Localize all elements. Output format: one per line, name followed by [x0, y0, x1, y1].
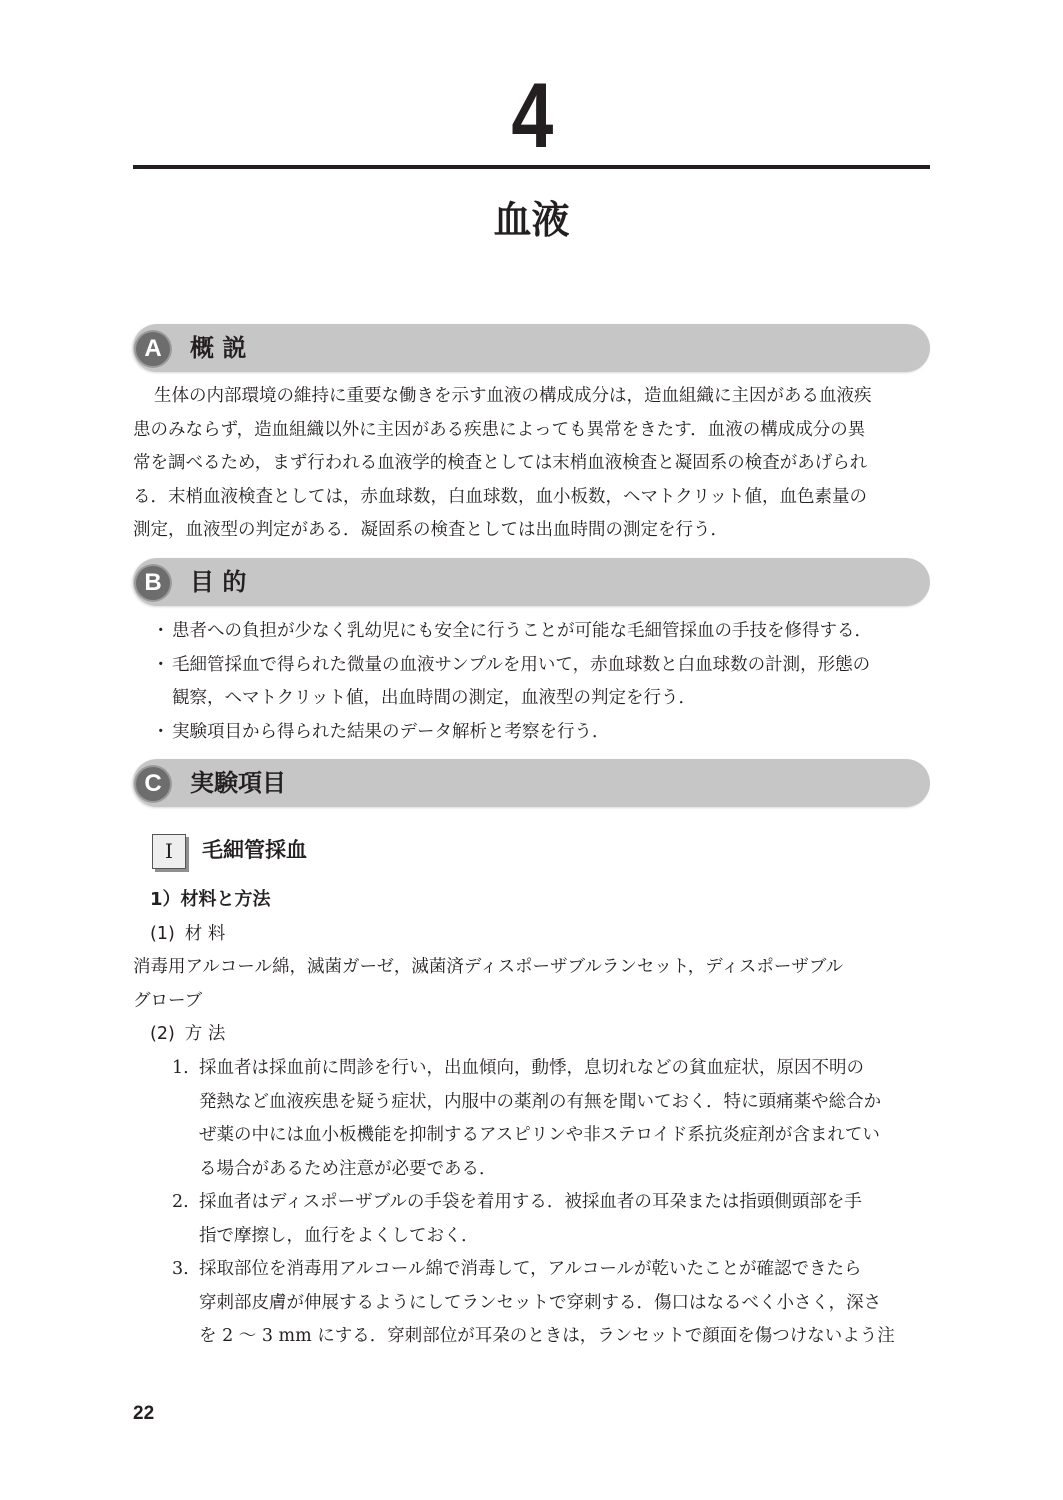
chapter-title: 血液: [0, 196, 1063, 244]
materials-label-text: 材 料: [185, 924, 226, 944]
materials-label-num: (1): [150, 924, 175, 944]
section-header-b: B 目 的: [133, 558, 930, 606]
section-title-c: 実験項目: [190, 765, 286, 801]
list-item-text: 毛細管採血で得られた微量の血液サンプルを用いて，赤血球数と白血球数の計測，形態の: [172, 649, 932, 683]
paragraph-line: 常を調べるため，まず行われる血液学的検査としては末梢血液検査と凝固系の検査があげ…: [133, 447, 930, 481]
overview-paragraph: 生体の内部環境の維持に重要な働きを示す血液の構成成分は，造血組織に主因がある血液…: [133, 380, 930, 548]
step-text: 採血者は採血前に問診を行い，出血傾向，動悸，息切れなどの貧血症状，原因不明の: [199, 1052, 932, 1086]
list-item-text: 観察，ヘマトクリット値，出血時間の測定，血液型の判定を行う．: [172, 682, 932, 716]
paragraph-line: グローブ: [133, 985, 930, 1019]
paragraph-line: る．末梢血液検査としては，赤血球数，白血球数，血小板数，ヘマトクリット値，血色素…: [133, 481, 930, 515]
step-number: 2.: [172, 1186, 189, 1220]
step-number: 3.: [172, 1253, 189, 1287]
list-item: ・ 毛細管採血で得られた微量の血液サンプルを用いて，赤血球数と白血球数の計測，形…: [152, 649, 932, 716]
materials-methods-heading: 1）材料と方法: [150, 885, 271, 915]
section-title-b: 目 的: [190, 564, 246, 600]
method-label: (2)方 法: [150, 1019, 225, 1049]
step-text: ぜ薬の中には血小板機能を抑制するアスピリンや非ステロイド系抗炎症剤が含まれてい: [199, 1119, 932, 1153]
section-badge-b: B: [136, 566, 170, 600]
step-text: 指で摩擦し，血行をよくしておく．: [199, 1220, 932, 1254]
step-text: る場合があるため注意が必要である．: [199, 1153, 932, 1187]
list-item: ・ 患者への負担が少なく乳幼児にも安全に行うことが可能な毛細管採血の手技を修得す…: [152, 615, 932, 649]
page-number: 22: [133, 1403, 154, 1425]
list-item-text: 患者への負担が少なく乳幼児にも安全に行うことが可能な毛細管採血の手技を修得する．: [172, 615, 932, 649]
step-text: 穿刺部皮膚が伸展するようにしてランセットで穿刺する．傷口はなるべく小さく，深さ: [199, 1287, 932, 1321]
bullet-icon: ・: [152, 649, 170, 683]
step-item: 1. 採血者は採血前に問診を行い，出血傾向，動悸，息切れなどの貧血症状，原因不明…: [172, 1052, 932, 1186]
bullet-icon: ・: [152, 716, 170, 750]
section-header-c: C 実験項目: [133, 759, 930, 807]
paragraph-line: 消毒用アルコール綿，滅菌ガーゼ，滅菌済ディスポーザブルランセット，ディスポーザブ…: [133, 951, 930, 985]
section-badge-c: C: [136, 767, 170, 801]
paragraph-line: 患のみならず，造血組織以外に主因がある疾患によっても異常をきたす．血液の構成成分…: [133, 414, 930, 448]
objectives-list: ・ 患者への負担が少なく乳幼児にも安全に行うことが可能な毛細管採血の手技を修得す…: [152, 615, 932, 749]
step-item: 3. 採取部位を消毒用アルコール綿で消毒して，アルコールが乾いたことが確認できた…: [172, 1253, 932, 1354]
chapter-number: 4: [96, 70, 968, 162]
list-item: ・ 実験項目から得られた結果のデータ解析と考察を行う．: [152, 716, 932, 750]
list-item-text: 実験項目から得られた結果のデータ解析と考察を行う．: [172, 716, 932, 750]
materials-label: (1)材 料: [150, 919, 225, 949]
materials-paragraph: 消毒用アルコール綿，滅菌ガーゼ，滅菌済ディスポーザブルランセット，ディスポーザブ…: [133, 951, 930, 1018]
paragraph-line: 測定，血液型の判定がある．凝固系の検査としては出血時間の測定を行う．: [133, 514, 930, 548]
step-text: 採血者はディスポーザブルの手袋を着用する．被採血者の耳朶または指頭側頭部を手: [199, 1186, 932, 1220]
bullet-icon: ・: [152, 615, 170, 649]
step-text: 発熱など血液疾患を疑う症状，内服中の薬剤の有無を聞いておく．特に頭痛薬や総合か: [199, 1086, 932, 1120]
section-title-a: 概 説: [190, 330, 246, 366]
method-steps: 1. 採血者は採血前に問診を行い，出血傾向，動悸，息切れなどの貧血症状，原因不明…: [172, 1052, 932, 1354]
subsection-title: 毛細管採血: [202, 834, 307, 867]
subsection-numeral-box: I: [152, 834, 186, 869]
paragraph-line: 生体の内部環境の維持に重要な働きを示す血液の構成成分は，造血組織に主因がある血液…: [133, 380, 930, 414]
step-item: 2. 採血者はディスポーザブルの手袋を着用する．被採血者の耳朶または指頭側頭部を…: [172, 1186, 932, 1253]
section-badge-a: A: [136, 332, 170, 366]
step-text: 採取部位を消毒用アルコール綿で消毒して，アルコールが乾いたことが確認できたら: [199, 1253, 932, 1287]
chapter-rule: [133, 165, 930, 169]
section-header-a: A 概 説: [133, 324, 930, 372]
method-label-num: (2): [150, 1024, 175, 1044]
step-number: 1.: [172, 1052, 189, 1086]
step-text: を 2 ～ 3 mm にする．穿刺部位が耳朶のときは，ランセットで顔面を傷つけな…: [199, 1320, 932, 1354]
method-label-text: 方 法: [185, 1024, 226, 1044]
